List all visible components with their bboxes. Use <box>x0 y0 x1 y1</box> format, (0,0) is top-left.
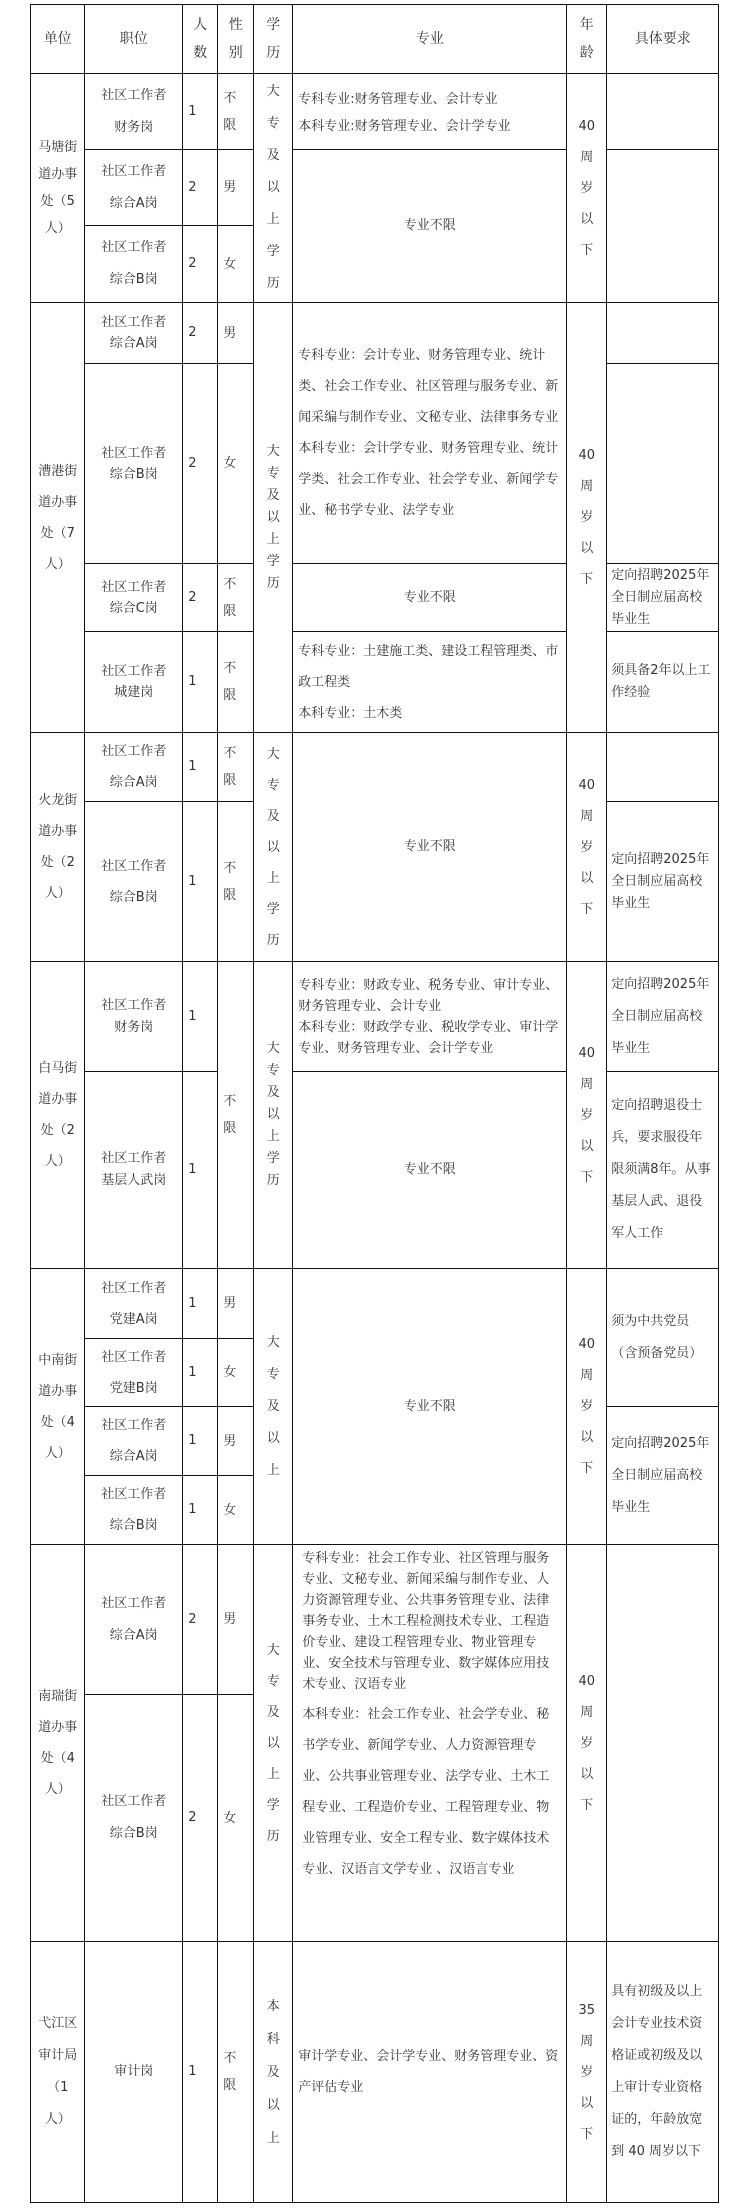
major-cell: 专科专业：土建施工类、建设工程管理类、市政工程类 本科专业：土木类 <box>292 631 567 733</box>
gender-cell: 不限 <box>217 631 254 733</box>
requirements-label: 定向招聘2025年全日制应届高校毕业生 <box>607 565 718 631</box>
gender-cell: 男 <box>217 1544 254 1695</box>
age-label: 40周岁以下 <box>577 1329 597 1484</box>
count-label: 1 <box>183 101 196 123</box>
gender-cell: 女 <box>217 1338 254 1407</box>
major-label: 专业不限 <box>404 215 456 237</box>
major-cell: 专科专业：社会工作专业、社区管理与服务专业、文秘专业、新闻采编与制作专业、人力资… <box>292 1544 567 1942</box>
major-senior-label: 本科专业：社会工作专业、社会学专业、秘书学专业、新闻学专业、人力资源管理专业、公… <box>298 1699 561 1885</box>
gender-cell: 男 <box>217 1406 254 1476</box>
age-cell: 35周岁以下 <box>566 1941 607 2203</box>
unit-label: 弋江区审计局（1人） <box>38 2008 78 2136</box>
position-label: 社区工作者 综合A岗 <box>101 736 166 798</box>
header-requirements-label: 具体要求 <box>635 28 691 50</box>
count-cell: 2 <box>182 363 218 564</box>
unit-cell: 火龙街道办事处（2人） <box>30 732 85 962</box>
gender-cell: 不限 <box>217 73 254 150</box>
age-label: 40周岁以下 <box>577 440 597 595</box>
unit-label: 中南街道办事处（4人） <box>38 1345 78 1469</box>
education-cell: 大专及以上学历 <box>253 961 293 1269</box>
count-label: 1 <box>183 756 196 778</box>
header-age-label: 年 龄 <box>580 11 594 67</box>
requirements-label: 须具备2年以上工作经验 <box>607 660 718 704</box>
count-cell: 2 <box>182 1694 218 1942</box>
count-label: 2 <box>183 1609 196 1631</box>
requirements-label: 定向招聘2025年全日制应届高校毕业生 <box>607 969 718 1065</box>
major-label: 专业不限 <box>404 1159 456 1181</box>
age-label: 35周岁以下 <box>577 1995 597 2150</box>
education-cell: 大专及以上学历 <box>253 73 293 303</box>
position-cell: 社区工作者 综合A岗 <box>84 1544 183 1695</box>
gender-label: 男 <box>218 1290 237 1317</box>
header-gender: 性 别 <box>217 4 254 74</box>
count-label: 1 <box>183 1293 196 1315</box>
header-unit-label: 单位 <box>44 28 72 50</box>
header-position-label: 职位 <box>120 28 148 50</box>
unit-cell: 漕港街道办事处（7人） <box>30 302 85 733</box>
count-cell: 2 <box>182 1544 218 1695</box>
education-cell: 本科及以上 <box>253 1941 293 2203</box>
requirements-cell: 定向招聘2025年全日制应届高校毕业生 <box>606 563 719 632</box>
gender-cell: 不限 <box>217 961 254 1269</box>
position-cell: 社区工作者 财务岗 <box>84 73 183 150</box>
gender-label: 不限 <box>218 655 237 709</box>
gender-cell: 不限 <box>217 563 254 632</box>
count-label: 1 <box>183 1006 196 1028</box>
requirements-cell: 定向招聘退役士兵，要求服役年限须满8年。从事基层人武、退役军人工作 <box>606 1071 719 1269</box>
count-label: 2 <box>183 587 196 609</box>
requirements-cell <box>606 1544 719 1942</box>
header-requirements: 具体要求 <box>606 4 719 74</box>
requirements-label: 定向招聘退役士兵，要求服役年限须满8年。从事基层人武、退役军人工作 <box>607 1090 718 1250</box>
age-label: 40周岁以下 <box>577 1666 597 1821</box>
gender-cell: 不限 <box>217 801 254 962</box>
position-cell: 社区工作者 综合C岗 <box>84 563 183 632</box>
position-label: 社区工作者 综合A岗 <box>101 156 166 220</box>
count-label: 2 <box>183 1807 196 1829</box>
position-label: 社区工作者 综合B岗 <box>101 1786 166 1850</box>
position-cell: 社区工作者 综合B岗 <box>84 363 183 564</box>
age-cell: 40周岁以下 <box>566 73 607 303</box>
requirements-cell: 定向招聘2025年全日制应届高校毕业生 <box>606 961 719 1072</box>
position-cell: 社区工作者 基层人武岗 <box>84 1071 183 1269</box>
education-label: 大专及以上学历 <box>265 1635 281 1852</box>
major-cell: 专科专业:财务管理专业、会计专业 本科专业:财务管理专业、会计学专业 <box>292 73 567 150</box>
requirements-cell <box>606 73 719 150</box>
education-label: 大专及以上学历 <box>265 1038 281 1192</box>
gender-cell: 女 <box>217 1694 254 1942</box>
count-cell: 1 <box>182 1941 218 2203</box>
requirements-cell <box>606 149 719 303</box>
major-cell: 专业不限 <box>292 563 567 632</box>
major-cell: 专科专业：财政专业、税务专业、审计专业、财务管理专业、会计专业 本科专业：财政学… <box>292 961 567 1072</box>
requirements-label: 定向招聘2025年全日制应届高校毕业生 <box>607 1428 718 1524</box>
position-label: 社区工作者 党建B岗 <box>101 1342 166 1404</box>
position-cell: 社区工作者 党建B岗 <box>84 1338 183 1407</box>
position-cell: 社区工作者 综合B岗 <box>84 1475 183 1545</box>
age-cell: 40周岁以下 <box>566 961 607 1269</box>
position-cell: 社区工作者 城建岗 <box>84 631 183 733</box>
unit-cell: 马塘街道办事处（5人） <box>30 73 85 303</box>
count-cell: 1 <box>182 1338 218 1407</box>
gender-cell: 男 <box>217 1268 254 1339</box>
education-label: 大专及以上 <box>265 1327 281 1487</box>
gender-label: 女 <box>218 1359 237 1386</box>
gender-label: 不限 <box>218 1088 237 1142</box>
position-cell: 社区工作者 党建A岗 <box>84 1268 183 1339</box>
requirements-cell: 具有初级及以上会计专业技术资格证或初级及以上审计专业资格证的，年龄放宽到 40 … <box>606 1941 719 2203</box>
count-label: 1 <box>183 2061 196 2083</box>
gender-cell: 不限 <box>217 1941 254 2203</box>
education-cell: 大专及以上学历 <box>253 1544 293 1942</box>
age-cell: 40周岁以下 <box>566 1268 607 1545</box>
unit-cell: 白马街道办事处（2人） <box>30 961 85 1269</box>
count-cell: 1 <box>182 1268 218 1339</box>
requirements-cell <box>606 302 719 364</box>
requirements-cell: 须具备2年以上工作经验 <box>606 631 719 733</box>
gender-label: 不限 <box>218 571 237 625</box>
header-gender-label: 性 别 <box>229 11 243 67</box>
age-label: 40周岁以下 <box>577 770 597 925</box>
position-label: 社区工作者 党建A岗 <box>101 1273 166 1335</box>
position-cell: 社区工作者 综合B岗 <box>84 1694 183 1942</box>
position-cell: 社区工作者 综合B岗 <box>84 801 183 962</box>
count-cell: 1 <box>182 801 218 962</box>
count-label: 2 <box>183 253 196 275</box>
count-label: 2 <box>183 322 196 344</box>
gender-cell: 男 <box>217 302 254 364</box>
position-cell: 社区工作者 综合B岗 <box>84 225 183 303</box>
position-label: 社区工作者 综合A岗 <box>101 1588 166 1652</box>
gender-label: 女 <box>218 251 237 278</box>
age-cell: 40周岁以下 <box>566 1544 607 1942</box>
requirements-cell: 定向招聘2025年全日制应届高校毕业生 <box>606 801 719 962</box>
count-label: 1 <box>183 1362 196 1384</box>
position-cell: 社区工作者 综合A岗 <box>84 149 183 226</box>
education-label: 本科及以上 <box>265 1990 281 2155</box>
education-label: 大专及以上学历 <box>265 441 281 595</box>
count-cell: 1 <box>182 1071 218 1269</box>
major-label: 专科专业：财政专业、税务专业、审计专业、财务管理专业、会计专业 本科专业：财政学… <box>293 975 566 1059</box>
education-cell: 大专及以上 <box>253 1268 293 1545</box>
unit-cell: 弋江区审计局（1人） <box>30 1941 85 2203</box>
gender-label: 不限 <box>218 2045 237 2099</box>
education-label: 大专及以上学历 <box>265 739 281 956</box>
position-label: 社区工作者 综合C岗 <box>101 577 166 619</box>
header-count: 人 数 <box>182 4 218 74</box>
position-cell: 社区工作者 财务岗 <box>84 961 183 1072</box>
unit-cell: 南瑞街道办事处（4人） <box>30 1544 85 1942</box>
gender-cell: 男 <box>217 149 254 226</box>
count-cell: 1 <box>182 1406 218 1476</box>
gender-label: 男 <box>218 1428 237 1455</box>
major-label: 审计学专业、会计学专业、财务管理专业、资产评估专业 <box>293 2041 566 2103</box>
gender-label: 男 <box>218 174 237 201</box>
position-label: 社区工作者 基层人武岗 <box>101 1148 166 1192</box>
unit-label: 漕港街道办事处（7人） <box>38 456 78 580</box>
major-label: 专业不限 <box>404 836 456 858</box>
recruitment-table: 单位 职位 人 数 性 别 学 历 专业 年 龄 具体要求 马塘街道办事处（5人… <box>0 0 730 2210</box>
count-cell: 2 <box>182 302 218 364</box>
position-cell: 社区工作者 综合A岗 <box>84 1406 183 1476</box>
position-label: 社区工作者 财务岗 <box>101 80 166 144</box>
count-cell: 2 <box>182 563 218 632</box>
age-label: 40周岁以下 <box>577 111 597 266</box>
count-label: 2 <box>183 453 196 475</box>
gender-cell: 不限 <box>217 732 254 802</box>
gender-label: 女 <box>218 450 237 477</box>
gender-label: 男 <box>218 1606 237 1633</box>
header-major-label: 专业 <box>416 28 444 50</box>
header-education-label: 学 历 <box>266 11 280 67</box>
education-label: 大专及以上学历 <box>265 76 281 300</box>
requirements-label: 具有初级及以上会计专业技术资格证或初级及以上审计专业资格证的，年龄放宽到 40 … <box>607 1976 718 2168</box>
gender-label: 不限 <box>218 85 237 139</box>
gender-label: 女 <box>218 1497 237 1524</box>
major-cell: 专业不限 <box>292 149 567 303</box>
count-cell: 2 <box>182 225 218 303</box>
unit-cell: 中南街道办事处（4人） <box>30 1268 85 1545</box>
position-label: 社区工作者 综合B岗 <box>101 232 166 296</box>
age-cell: 40周岁以下 <box>566 732 607 962</box>
header-position: 职位 <box>84 4 183 74</box>
major-cell: 专业不限 <box>292 732 567 962</box>
requirements-cell <box>606 732 719 802</box>
major-label: 专科专业：土建施工类、建设工程管理类、市政工程类 本科专业：土木类 <box>293 636 566 729</box>
major-cell: 审计学专业、会计学专业、财务管理专业、资产评估专业 <box>292 1941 567 2203</box>
unit-label: 马塘街道办事处（5人） <box>38 134 78 242</box>
unit-label: 火龙街道办事处（2人） <box>38 785 78 909</box>
major-label: 专业不限 <box>404 587 456 609</box>
gender-label: 不限 <box>218 855 237 909</box>
major-cell: 专业不限 <box>292 1071 567 1269</box>
count-label: 2 <box>183 177 196 199</box>
gender-label: 不限 <box>218 740 237 794</box>
gender-cell: 女 <box>217 363 254 564</box>
header-age: 年 龄 <box>566 4 607 74</box>
gender-label: 女 <box>218 1805 237 1832</box>
count-label: 1 <box>183 671 196 693</box>
position-label: 社区工作者 财务岗 <box>101 995 166 1039</box>
gender-cell: 女 <box>217 225 254 303</box>
count-cell: 1 <box>182 631 218 733</box>
header-unit: 单位 <box>30 4 85 74</box>
count-label: 1 <box>183 871 196 893</box>
count-cell: 1 <box>182 1475 218 1545</box>
count-cell: 1 <box>182 73 218 150</box>
education-cell: 大专及以上学历 <box>253 302 293 733</box>
position-label: 社区工作者 综合B岗 <box>101 1479 166 1541</box>
requirements-cell: 须为中共党员（含预备党员） <box>606 1268 719 1407</box>
position-cell: 社区工作者 综合A岗 <box>84 302 183 364</box>
unit-label: 白马街道办事处（2人） <box>38 1053 78 1177</box>
count-label: 1 <box>183 1499 196 1521</box>
position-label: 社区工作者 综合A岗 <box>101 312 166 354</box>
header-major: 专业 <box>292 4 567 74</box>
unit-label: 南瑞街道办事处（4人） <box>38 1681 78 1805</box>
count-label: 1 <box>183 1159 196 1181</box>
position-label: 社区工作者 城建岗 <box>101 661 166 703</box>
count-cell: 2 <box>182 149 218 226</box>
count-cell: 1 <box>182 961 218 1072</box>
position-cell: 审计岗 <box>84 1941 183 2203</box>
major-junior-label: 专科专业：社会工作专业、社区管理与服务专业、文秘专业、新闻采编与制作专业、人力资… <box>298 1548 561 1695</box>
major-label: 专业不限 <box>404 1396 456 1418</box>
position-label: 社区工作者 综合B岗 <box>101 851 166 913</box>
position-label: 社区工作者 综合B岗 <box>101 443 166 485</box>
header-count-label: 人 数 <box>193 11 207 67</box>
major-cell: 专业不限 <box>292 1268 567 1545</box>
gender-label: 男 <box>218 320 237 347</box>
age-cell: 40周岁以下 <box>566 302 607 733</box>
major-label: 专科专业：会计专业、财务管理专业、统计类、社会工作专业、社区管理与服务专业、新闻… <box>293 340 566 526</box>
requirements-label: 定向招聘2025年全日制应届高校毕业生 <box>607 849 718 915</box>
count-label: 1 <box>183 1430 196 1452</box>
gender-cell: 女 <box>217 1475 254 1545</box>
count-cell: 1 <box>182 732 218 802</box>
major-label: 专科专业:财务管理专业、会计专业 本科专业:财务管理专业、会计学专业 <box>293 86 515 140</box>
position-label: 审计岗 <box>114 2061 153 2083</box>
age-label: 40周岁以下 <box>577 1038 597 1193</box>
requirements-cell <box>606 363 719 564</box>
position-label: 社区工作者 综合A岗 <box>101 1410 166 1472</box>
major-cell: 专科专业：会计专业、财务管理专业、统计类、社会工作专业、社区管理与服务专业、新闻… <box>292 302 567 564</box>
header-education: 学 历 <box>253 4 293 74</box>
requirements-label: 须为中共党员（含预备党员） <box>607 1306 718 1370</box>
requirements-cell: 定向招聘2025年全日制应届高校毕业生 <box>606 1406 719 1545</box>
position-cell: 社区工作者 综合A岗 <box>84 732 183 802</box>
education-cell: 大专及以上学历 <box>253 732 293 962</box>
